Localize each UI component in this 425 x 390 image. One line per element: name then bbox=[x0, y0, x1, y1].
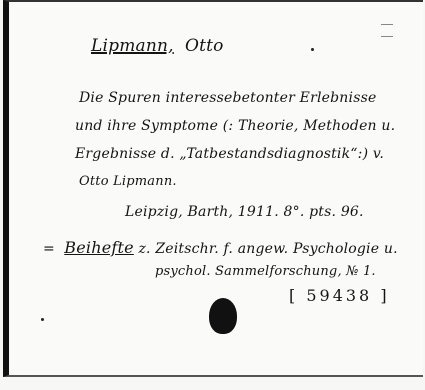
margin-mark bbox=[381, 36, 393, 37]
author-forename: Otto bbox=[185, 36, 224, 56]
series-name: Beihefte bbox=[64, 238, 134, 257]
title-line-3: Ergebnisse d. „Tatbestandsdiagnostik“:) … bbox=[75, 146, 384, 162]
author-heading: Lipmann, Otto bbox=[91, 36, 224, 56]
title-line-2: und ihre Symptome (: Theorie, Methoden u… bbox=[75, 118, 395, 134]
imprint: Leipzig, Barth, 1911. 8°. pts. 96. bbox=[125, 204, 364, 220]
title-line-1: Die Spuren interessebetonter Erlebnisse bbox=[79, 90, 376, 106]
title-line-4: Otto Lipmann. bbox=[79, 174, 177, 189]
ink-speck bbox=[311, 48, 314, 51]
call-number: [ 59438 ] bbox=[289, 286, 390, 305]
ink-speck bbox=[41, 318, 44, 321]
margin-mark bbox=[381, 24, 393, 25]
catalog-card: Lipmann, Otto Die Spuren interessebetont… bbox=[3, 0, 423, 377]
series-prefix: = bbox=[43, 241, 55, 257]
series-line-2: psychol. Sammelforschung, № 1. bbox=[155, 264, 376, 279]
series-statement: = Beihefte z. Zeitschr. f. angew. Psycho… bbox=[43, 238, 398, 257]
series-line-1: z. Zeitschr. f. angew. Psychologie u. bbox=[138, 241, 397, 257]
author-surname: Lipmann, bbox=[91, 36, 174, 56]
punch-hole bbox=[209, 298, 237, 334]
